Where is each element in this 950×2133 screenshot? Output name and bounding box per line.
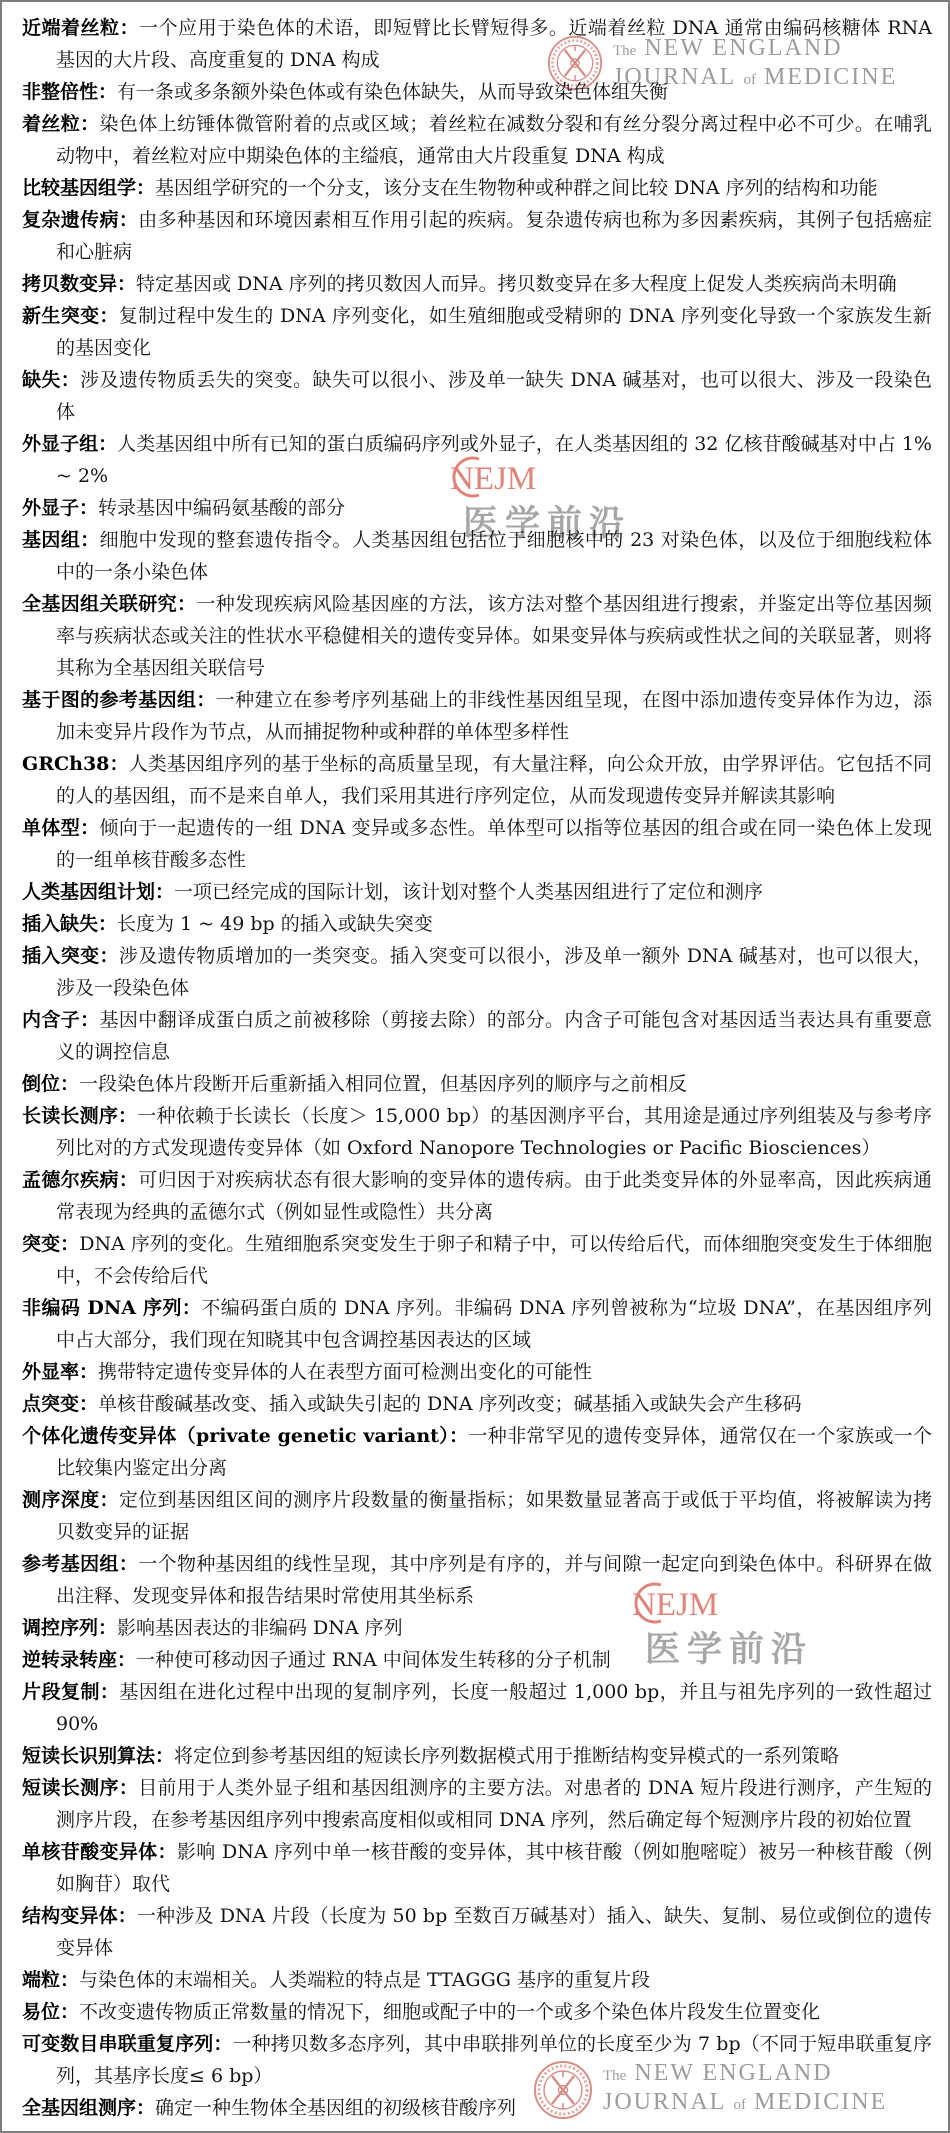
definition: 将定位到参考基因组的短读长序列数据模式用于推断结构变异模式的一系列策略 [174, 1745, 839, 1767]
glossary-entry: 逆转录转座：一种使可移动因子通过 RNA 中间体发生转移的分子机制 [22, 1644, 932, 1676]
definition: 倾向于一起遗传的一组 DNA 变异或多态性。单体型可以指等位基因的组合或在同一染… [56, 817, 932, 871]
term: 比较基因组学： [22, 177, 155, 199]
term: 调控序列： [22, 1617, 117, 1639]
term: 基于图的参考基因组： [22, 689, 216, 711]
definition: 有一条或多条额外染色体或有染色体缺失，从而导致染色体组失衡 [117, 81, 668, 103]
glossary-entry: 基因组：细胞中发现的整套遗传指令。人类基因组包括位于细胞核中的 23 对染色体，… [22, 524, 932, 588]
term: 突变： [22, 1233, 79, 1255]
definition: 携带特定遗传变异体的人在表型方面可检测出变化的可能性 [98, 1361, 592, 1383]
term: 缺失： [22, 369, 80, 391]
term: 易位： [22, 2001, 79, 2023]
term: 基因组： [22, 529, 100, 551]
definition: 一个应用于染色体的术语，即短臂比长臂短得多。近端着丝粒 DNA 通常由编码核糖体… [56, 17, 932, 71]
definition: 确定一种生物体全基因组的初级核苷酸序列 [155, 2097, 516, 2119]
term: 长读长测序： [22, 1105, 137, 1127]
term: 端粒： [22, 1969, 79, 1991]
glossary-entry: 可变数目串联重复序列：一种拷贝数多态序列，其中串联排列单位的长度至少为 7 bp… [22, 2028, 932, 2092]
glossary-entry: 比较基因组学：基因组学研究的一个分支，该分支在生物物种或种群之间比较 DNA 序… [22, 172, 932, 204]
term: 内含子： [22, 1009, 99, 1031]
glossary-entry: 拷贝数变异：特定基因或 DNA 序列的拷贝数因人而异。拷贝数变异在多大程度上促发… [22, 268, 932, 300]
definition: 一种依赖于长读长（长度＞ 15,000 bp）的基因测序平台，其用途是通过序列组… [56, 1105, 932, 1159]
definition: 定位到基因组区间的测序片段数量的衡量指标；如果数量显著高于或低于平均值，将被解读… [56, 1489, 932, 1543]
glossary-entry: 易位：不改变遗传物质正常数量的情况下，细胞或配子中的一个或多个染色体片段发生位置… [22, 1996, 932, 2028]
glossary-entry: 孟德尔疾病：可归因于对疾病状态有很大影响的变异体的遗传病。由于此类变异体的外显率… [22, 1164, 932, 1228]
term: 参考基因组： [22, 1553, 138, 1575]
term: 近端着丝粒： [22, 17, 139, 39]
document-page: The NEW ENGLAND JOURNAL of MEDICINE NEJM… [0, 0, 950, 2133]
glossary-entry: 长读长测序：一种依赖于长读长（长度＞ 15,000 bp）的基因测序平台，其用途… [22, 1100, 932, 1164]
term: 外显子： [22, 497, 98, 519]
definition: 涉及遗传物质丢失的突变。缺失可以很小、涉及单一缺失 DNA 碱基对，也可以很大、… [56, 369, 932, 423]
glossary-entry: 非整倍性：有一条或多条额外染色体或有染色体缺失，从而导致染色体组失衡 [22, 76, 932, 108]
definition: 不改变遗传物质正常数量的情况下，细胞或配子中的一个或多个染色体片段发生位置变化 [79, 2001, 820, 2023]
definition: 一种涉及 DNA 片段（长度为 50 bp 至数百万碱基对）插入、缺失、复制、易… [56, 1905, 932, 1959]
glossary-entry: 非编码 DNA 序列：不编码蛋白质的 DNA 序列。非编码 DNA 序列曾被称为… [22, 1292, 932, 1356]
term: GRCh38： [22, 753, 129, 775]
term: 新生突变： [22, 305, 119, 327]
term: 全基因组测序： [22, 2097, 155, 2119]
term: 着丝粒： [22, 113, 99, 135]
glossary-entry: 插入缺失：长度为 1 ~ 49 bp 的插入或缺失突变 [22, 908, 932, 940]
glossary-entry: 外显率：携带特定遗传变异体的人在表型方面可检测出变化的可能性 [22, 1356, 932, 1388]
definition: 细胞中发现的整套遗传指令。人类基因组包括位于细胞核中的 23 对染色体，以及位于… [56, 529, 932, 583]
definition: 一段染色体片段断开后重新插入相同位置，但基因序列的顺序与之前相反 [79, 1073, 687, 1095]
definition: 目前用于人类外显子组和基因组测序的主要方法。对患者的 DNA 短片段进行测序，产… [56, 1777, 932, 1831]
glossary-entry: 结构变异体：一种涉及 DNA 片段（长度为 50 bp 至数百万碱基对）插入、缺… [22, 1900, 932, 1964]
glossary-entry: 缺失：涉及遗传物质丢失的突变。缺失可以很小、涉及单一缺失 DNA 碱基对，也可以… [22, 364, 932, 428]
glossary-entry: 着丝粒：染色体上纺锤体微管附着的点或区域；着丝粒在减数分裂和有丝分裂分离过程中必… [22, 108, 932, 172]
glossary-entry: 参考基因组：一个物种基因组的线性呈现，其中序列是有序的，并与间隙一起定向到染色体… [22, 1548, 932, 1612]
glossary-entry: 外显子：转录基因中编码氨基酸的部分 [22, 492, 932, 524]
definition: 一项已经完成的国际计划，该计划对整个人类基因组进行了定位和测序 [174, 881, 763, 903]
glossary-entry: 短读长测序：目前用于人类外显子组和基因组测序的主要方法。对患者的 DNA 短片段… [22, 1772, 932, 1836]
term: 单核苷酸变异体： [22, 1841, 177, 1863]
glossary-entry: 测序深度：定位到基因组区间的测序片段数量的衡量指标；如果数量显著高于或低于平均值… [22, 1484, 932, 1548]
glossary-entry: 调控序列：影响基因表达的非编码 DNA 序列 [22, 1612, 932, 1644]
term: 测序深度： [22, 1489, 119, 1511]
glossary-entry: 突变：DNA 序列的变化。生殖细胞系突变发生于卵子和精子中，可以传给后代，而体细… [22, 1228, 932, 1292]
glossary-entry: 端粒：与染色体的末端相关。人类端粒的特点是 TTAGGG 基序的重复片段 [22, 1964, 932, 1996]
glossary-entry: 外显子组：人类基因组中所有已知的蛋白质编码序列或外显子，在人类基因组的 32 亿… [22, 428, 932, 492]
glossary-entry: 倒位：一段染色体片段断开后重新插入相同位置，但基因序列的顺序与之前相反 [22, 1068, 932, 1100]
term: 单体型： [22, 817, 99, 839]
glossary-entry: 短读长识别算法：将定位到参考基因组的短读长序列数据模式用于推断结构变异模式的一系… [22, 1740, 932, 1772]
term: 全基因组关联研究： [22, 593, 196, 615]
definition: 人类基因组序列的基于坐标的高质量呈现，有大量注释，向公众开放，由学界评估。它包括… [56, 753, 932, 807]
term: 插入突变： [22, 945, 119, 967]
glossary-entry: 基于图的参考基因组：一种建立在参考序列基础上的非线性基因组呈现，在图中添加遗传变… [22, 684, 932, 748]
definition: DNA 序列的变化。生殖细胞系突变发生于卵子和精子中，可以传给后代，而体细胞突变… [56, 1233, 932, 1287]
definition: 复制过程中发生的 DNA 序列变化，如生殖细胞或受精卵的 DNA 序列变化导致一… [56, 305, 932, 359]
definition: 基因中翻译成蛋白质之前被移除（剪接去除）的部分。内含子可能包含对基因适当表达具有… [56, 1009, 932, 1063]
term: 个体化遗传变异体（private genetic variant）： [22, 1425, 468, 1447]
term: 短读长识别算法： [22, 1745, 174, 1767]
definition: 人类基因组中所有已知的蛋白质编码序列或外显子，在人类基因组的 32 亿核苷酸碱基… [56, 433, 932, 487]
definition: 特定基因或 DNA 序列的拷贝数因人而异。拷贝数变异在多大程度上促发人类疾病尚未… [136, 273, 897, 295]
glossary-entry: 新生突变：复制过程中发生的 DNA 序列变化，如生殖细胞或受精卵的 DNA 序列… [22, 300, 932, 364]
term: 复杂遗传病： [22, 209, 138, 231]
definition: 与染色体的末端相关。人类端粒的特点是 TTAGGG 基序的重复片段 [79, 1969, 650, 1991]
term: 拷贝数变异： [22, 273, 136, 295]
definition: 基因组在进化过程中出现的复制序列，长度一般超过 1,000 bp，并且与祖先序列… [56, 1681, 932, 1735]
glossary-entry: 单核苷酸变异体：影响 DNA 序列中单一核苷酸的变异体，其中核苷酸（例如胞嘧啶）… [22, 1836, 932, 1900]
definition: 染色体上纺锤体微管附着的点或区域；着丝粒在减数分裂和有丝分裂分离过程中必不可少。… [56, 113, 932, 167]
definition: 转录基因中编码氨基酸的部分 [98, 497, 345, 519]
definition: 可归因于对疾病状态有很大影响的变异体的遗传病。由于此类变异体的外显率高，因此疾病… [56, 1169, 932, 1223]
glossary-entry: 复杂遗传病：由多种基因和环境因素相互作用引起的疾病。复杂遗传病也称为多因素疾病，… [22, 204, 932, 268]
definition: 基因组学研究的一个分支，该分支在生物物种或种群之间比较 DNA 序列的结构和功能 [155, 177, 878, 199]
term: 外显率： [22, 1361, 98, 1383]
glossary-entry: 全基因组测序：确定一种生物体全基因组的初级核苷酸序列 [22, 2092, 932, 2124]
term: 可变数目串联重复序列： [22, 2033, 233, 2055]
term: 孟德尔疾病： [22, 1169, 138, 1191]
term: 点突变： [22, 1393, 98, 1415]
glossary-entry: 内含子：基因中翻译成蛋白质之前被移除（剪接去除）的部分。内含子可能包含对基因适当… [22, 1004, 932, 1068]
term: 非整倍性： [22, 81, 117, 103]
definition: 涉及遗传物质增加的一类突变。插入突变可以很小，涉及单一额外 DNA 碱基对，也可… [56, 945, 932, 999]
glossary-entry: 单体型：倾向于一起遗传的一组 DNA 变异或多态性。单体型可以指等位基因的组合或… [22, 812, 932, 876]
term: 结构变异体： [22, 1905, 137, 1927]
glossary-entry: 个体化遗传变异体（private genetic variant）：一种非常罕见… [22, 1420, 932, 1484]
glossary-entry: GRCh38：人类基因组序列的基于坐标的高质量呈现，有大量注释，向公众开放，由学… [22, 748, 932, 812]
definition: 一种使可移动因子通过 RNA 中间体发生转移的分子机制 [136, 1649, 611, 1671]
term: 短读长测序： [22, 1777, 138, 1799]
term: 逆转录转座： [22, 1649, 136, 1671]
glossary-list: 近端着丝粒：一个应用于染色体的术语，即短臂比长臂短得多。近端着丝粒 DNA 通常… [2, 2, 948, 2130]
definition: 一个物种基因组的线性呈现，其中序列是有序的，并与间隙一起定向到染色体中。科研界在… [56, 1553, 932, 1607]
term: 片段复制： [22, 1681, 119, 1703]
definition: 影响基因表达的非编码 DNA 序列 [117, 1617, 403, 1639]
term: 非编码 DNA 序列： [22, 1297, 201, 1319]
glossary-entry: 点突变：单核苷酸碱基改变、插入或缺失引起的 DNA 序列改变；碱基插入或缺失会产… [22, 1388, 932, 1420]
term: 外显子组： [22, 433, 117, 455]
glossary-entry: 人类基因组计划：一项已经完成的国际计划，该计划对整个人类基因组进行了定位和测序 [22, 876, 932, 908]
term: 倒位： [22, 1073, 79, 1095]
glossary-entry: 近端着丝粒：一个应用于染色体的术语，即短臂比长臂短得多。近端着丝粒 DNA 通常… [22, 12, 932, 76]
definition: 影响 DNA 序列中单一核苷酸的变异体，其中核苷酸（例如胞嘧啶）被另一种核苷酸（… [56, 1841, 932, 1895]
definition: 长度为 1 ~ 49 bp 的插入或缺失突变 [117, 913, 433, 935]
glossary-entry: 片段复制：基因组在进化过程中出现的复制序列，长度一般超过 1,000 bp，并且… [22, 1676, 932, 1740]
definition: 由多种基因和环境因素相互作用引起的疾病。复杂遗传病也称为多因素疾病，其例子包括癌… [56, 209, 932, 263]
glossary-entry: 全基因组关联研究：一种发现疾病风险基因座的方法，该方法对整个基因组进行搜索，并鉴… [22, 588, 932, 684]
term: 插入缺失： [22, 913, 117, 935]
definition: 单核苷酸碱基改变、插入或缺失引起的 DNA 序列改变；碱基插入或缺失会产生移码 [98, 1393, 802, 1415]
term: 人类基因组计划： [22, 881, 174, 903]
glossary-entry: 插入突变：涉及遗传物质增加的一类突变。插入突变可以很小，涉及单一额外 DNA 碱… [22, 940, 932, 1004]
